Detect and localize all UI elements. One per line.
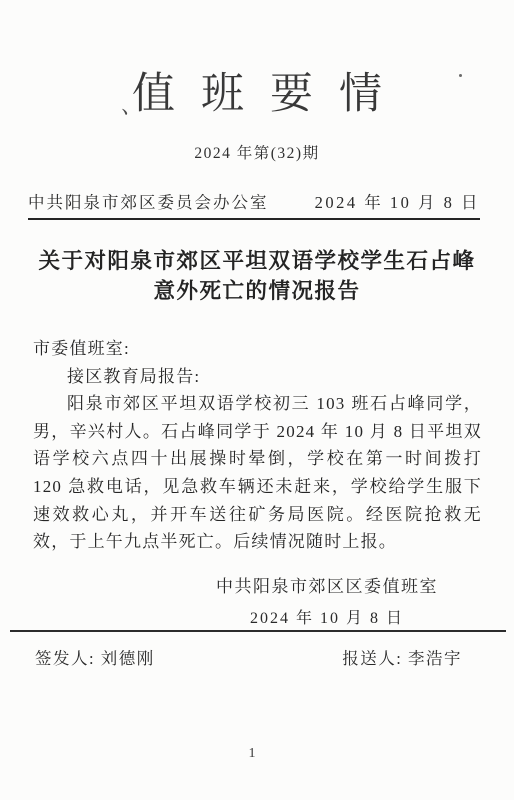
report-body: 市委值班室: 接区教育局报告: 阳泉市郊区平坦双语学校初三 103 班石占峰同学… (33, 335, 482, 556)
sender-label: 报送人: (342, 649, 402, 668)
issuer-label: 签发人: (35, 649, 95, 668)
document-page: 、 值班要情 2024 年第(32)期 中共阳泉市郊区委员会办公室 2024 年… (0, 0, 514, 800)
bulletin-title: 值班要情 (0, 60, 514, 121)
issue-number: 2024 年第(32)期 (0, 141, 514, 163)
issue-date: 2024 年 10 月 8 日 (315, 189, 480, 213)
header-row: 中共阳泉市郊区委员会办公室 2024 年 10 月 8 日 (28, 189, 480, 220)
footer-row: 签发人: 刘德刚 报送人: 李浩宇 (35, 645, 462, 669)
signature-date: 2024 年 10 月 8 日 (216, 605, 438, 628)
lead-in: 接区教育局报告: (33, 363, 482, 391)
salutation: 市委值班室: (33, 335, 482, 363)
issuing-office: 中共阳泉市郊区委员会办公室 (28, 189, 269, 213)
signature-block: 中共阳泉市郊区区委值班室 2024 年 10 月 8 日 (216, 572, 438, 628)
report-title: 关于对阳泉市郊区平坦双语学校学生石占峰 意外死亡的情况报告 (20, 246, 494, 306)
sender-name: 李浩宇 (408, 649, 462, 668)
issuer-name: 刘德刚 (101, 649, 155, 668)
signature-org: 中共阳泉市郊区区委值班室 (216, 572, 438, 597)
footer-divider (10, 630, 506, 632)
report-title-line1: 关于对阳泉市郊区平坦双语学校学生石占峰 (20, 246, 494, 276)
page-number: 1 (0, 746, 504, 762)
issuer: 签发人: 刘德刚 (35, 645, 155, 669)
sender: 报送人: 李浩宇 (342, 645, 462, 669)
report-title-line2: 意外死亡的情况报告 (20, 276, 494, 306)
main-paragraph: 阳泉市郊区平坦双语学校初三 103 班石占峰同学，男，辛兴村人。石占峰同学于 2… (33, 390, 482, 556)
